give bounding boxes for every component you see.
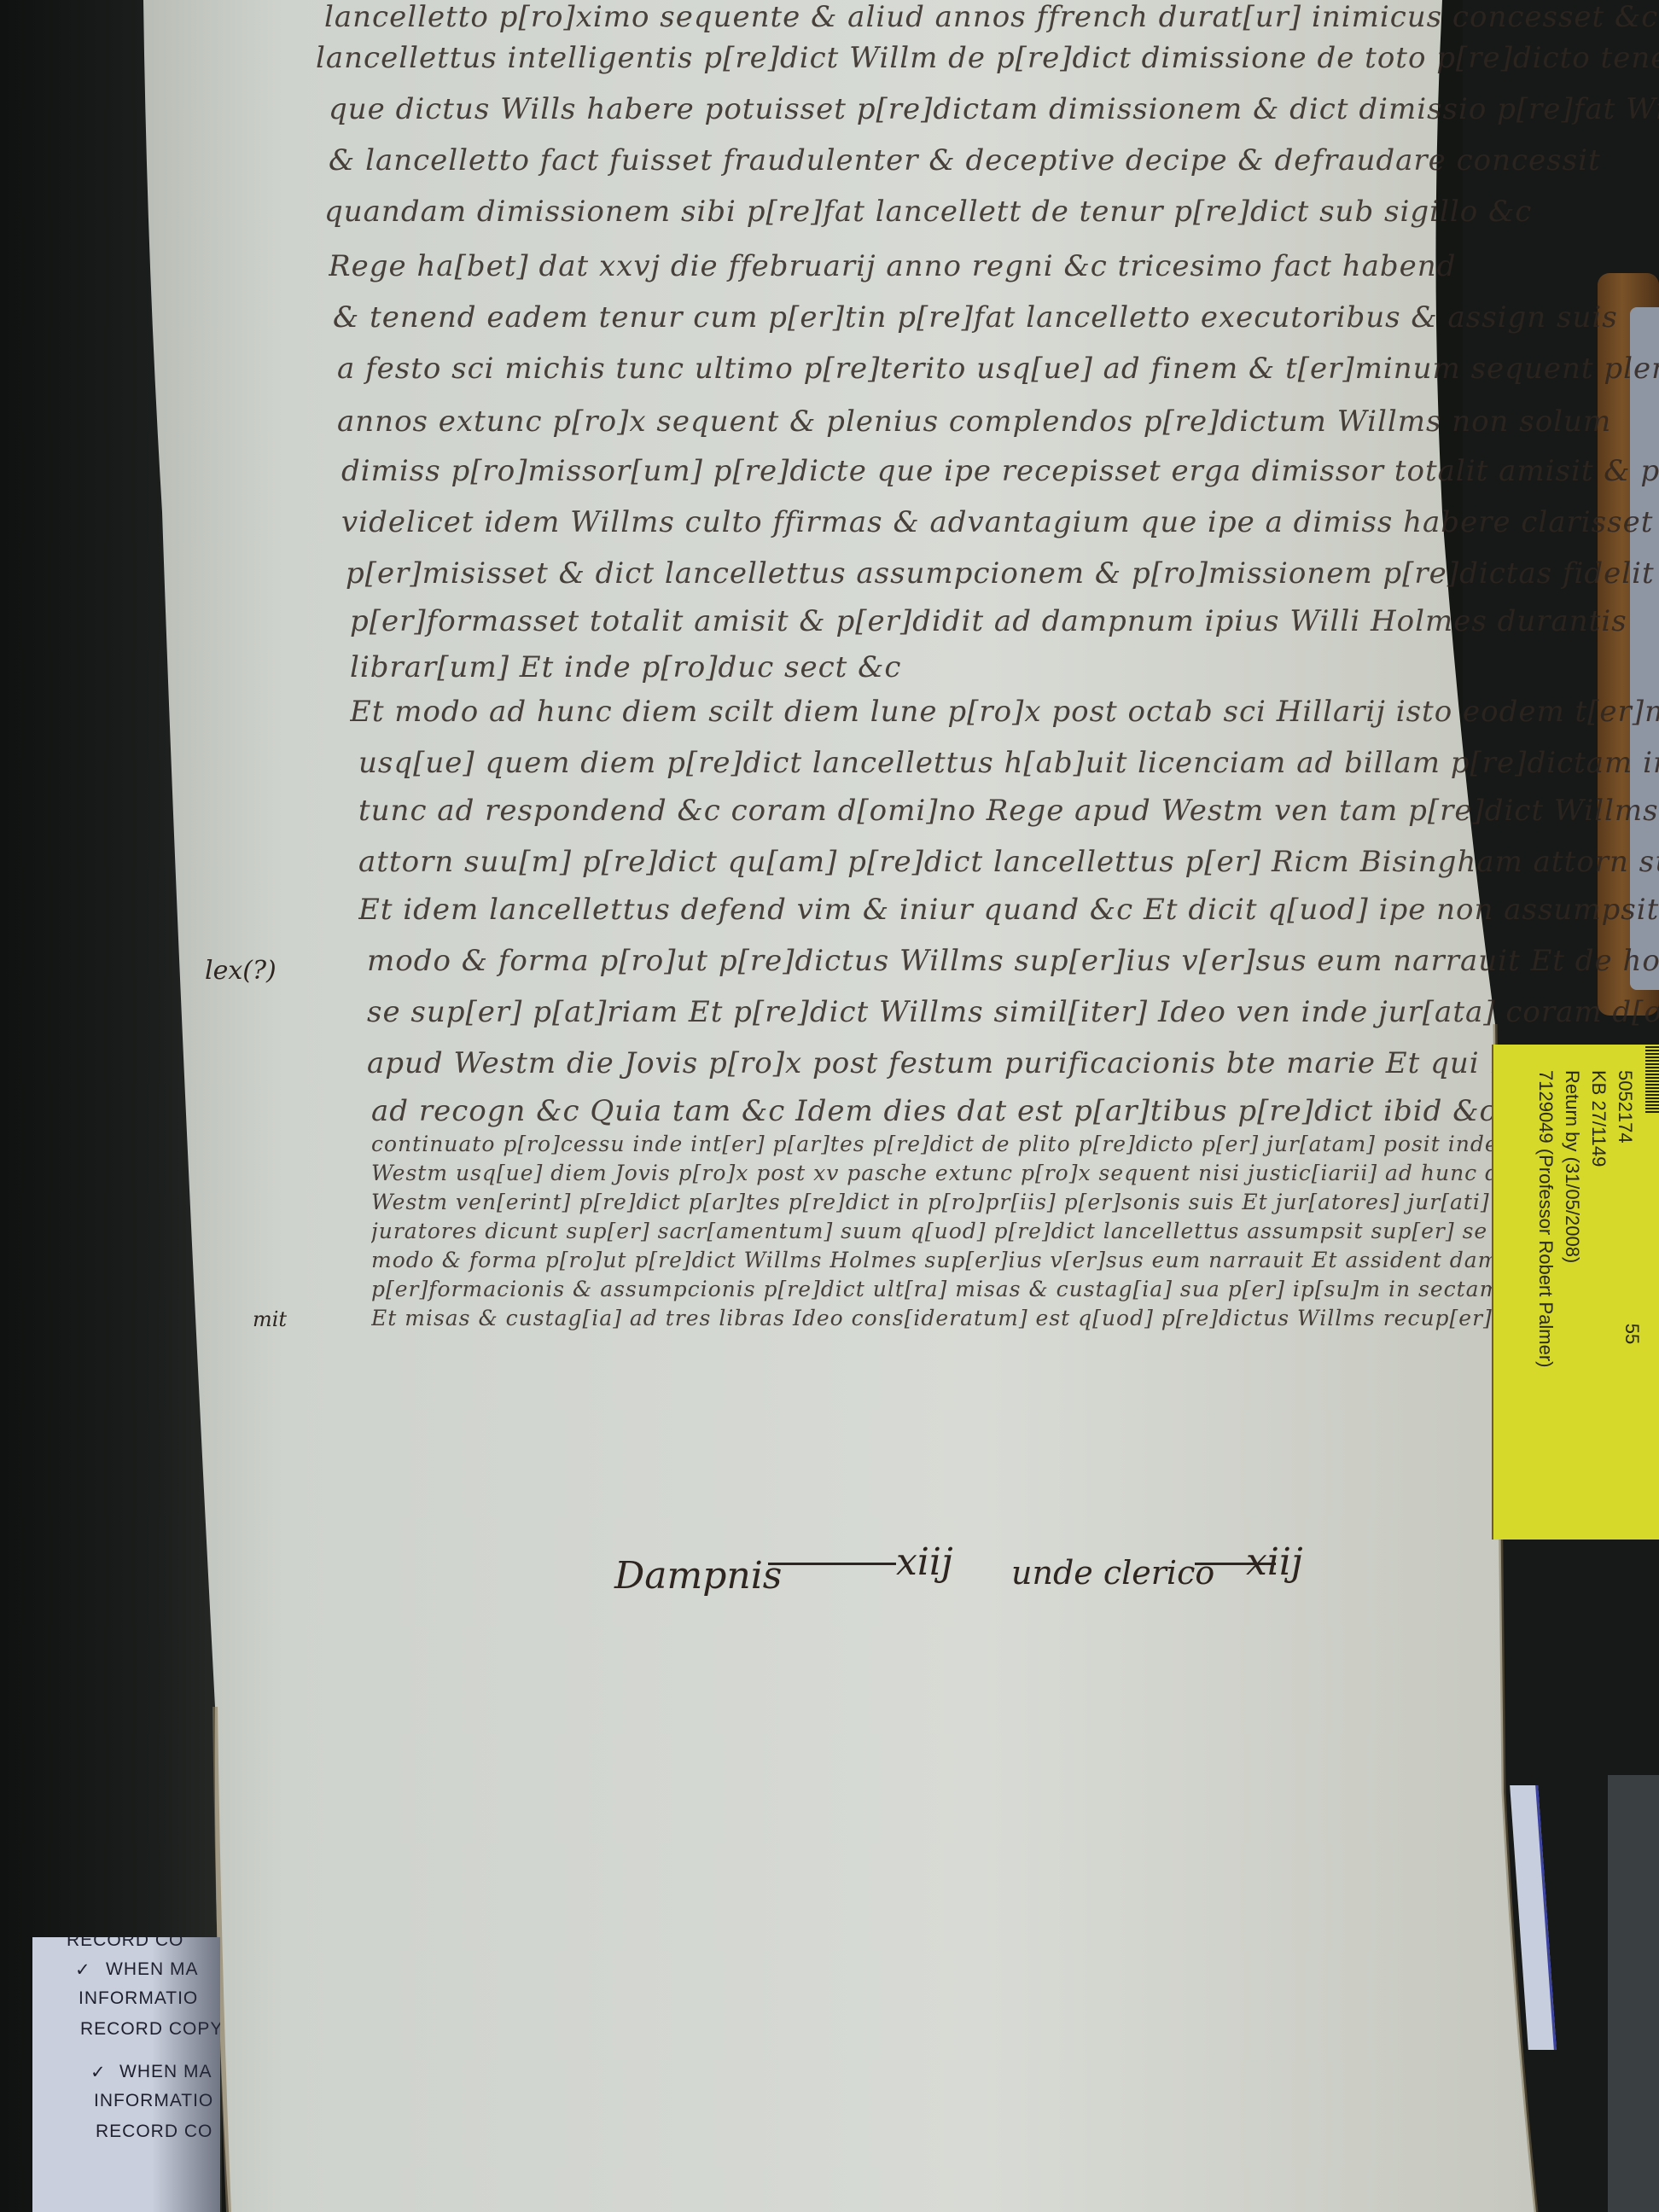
- slip-line-reference: KB 27/1149: [1586, 1070, 1612, 1514]
- barcode: [1645, 1045, 1659, 1113]
- text-line: Et misas & custag[ia] ad tres libras Ide…: [371, 1306, 1659, 1335]
- text-line: p[er]formacionis & assumpcionis p[re]dic…: [371, 1277, 1659, 1306]
- text-line: Rege ha[bet] dat xxvj die ffebruarij ann…: [329, 249, 1456, 288]
- slip-line-reader: 7129049 (Professor Robert Palmer): [1533, 1070, 1559, 1514]
- summary-middle-word: unde clerico: [1011, 1554, 1214, 1592]
- text-line: Westm usq[ue] diem Jovis p[ro]x post xv …: [371, 1161, 1659, 1190]
- text-line: p[er]misisset & dict lancellettus assump…: [346, 556, 1655, 596]
- marginal-note: lex(?): [205, 956, 276, 986]
- text-line: annos extunc p[ro]x sequent & plenius co…: [337, 405, 1611, 444]
- text-line: apud Westm die Jovis p[ro]x post festum …: [367, 1046, 1598, 1086]
- text-line: p[er]formasset totalit amisit & p[er]did…: [350, 604, 1627, 643]
- text-line: continuato p[ro]cessu inde int[er] p[ar]…: [371, 1132, 1659, 1161]
- text-line: juratores dicunt sup[er] sacr[amentum] s…: [371, 1219, 1597, 1248]
- text-line: quandam dimissionem sibi p[re]fat lancel…: [324, 195, 1532, 234]
- text-line: & lancelletto fact fuisset fraudulenter …: [329, 143, 1601, 183]
- text-line: videlicet idem Willms culto ffirmas & ad…: [341, 505, 1653, 544]
- text-line: Et idem lancellettus defend vim & iniur …: [358, 893, 1659, 932]
- summary-left-value: xiij: [896, 1540, 953, 1584]
- text-line: se sup[er] p[at]riam Et p[re]dict Willms…: [367, 995, 1659, 1034]
- check-icon: ✓: [90, 2062, 107, 2083]
- text-line: Westm ven[erint] p[re]dict p[ar]tes p[re…: [371, 1190, 1659, 1219]
- text-line: usq[ue] quem diem p[re]dict lancellettus…: [358, 746, 1659, 785]
- summary-right-value: xiij: [1246, 1540, 1303, 1584]
- slip-number: 55: [1621, 1324, 1643, 1344]
- summary-dash: [768, 1563, 896, 1565]
- slip-line-id: 5052174: [1612, 1070, 1639, 1514]
- check-icon: ✓: [75, 1959, 91, 1981]
- text-line: attorn suu[m] p[re]dict qu[am] p[re]dict…: [358, 845, 1659, 884]
- text-line: que dictus Wills habere potuisset p[re]d…: [329, 92, 1659, 131]
- text-line: & tenend eadem tenur cum p[er]tin p[re]f…: [333, 300, 1618, 340]
- text-line: lancelletto p[ro]ximo sequente & aliud a…: [324, 0, 1659, 39]
- text-line: modo & forma p[ro]ut p[re]dict Willms Ho…: [371, 1248, 1659, 1277]
- card-shadow: [152, 1937, 220, 2212]
- summary-left-word: Dampnis: [614, 1554, 782, 1598]
- text-line: tunc ad respondend &c coram d[omi]no Reg…: [358, 794, 1659, 833]
- text-line: librar[um] Et inde p[ro]duc sect &c: [350, 650, 901, 690]
- archive-slip-text: 5052174 KB 27/1149 Return by (31/05/2008…: [1528, 1070, 1639, 1514]
- marginal-note: mit: [253, 1307, 287, 1331]
- slip-line-return-by: Return by (31/05/2008): [1559, 1070, 1586, 1514]
- text-line: dimiss p[ro]missor[um] p[re]dicte que ip…: [341, 454, 1659, 493]
- text-line: modo & forma p[ro]ut p[re]dictus Willms …: [367, 944, 1659, 983]
- damages-summary-line: Dampnis xiij unde clerico xiij: [614, 1540, 1314, 1617]
- record-copying-card: RECORD CO ✓ WHEN MA INFORMATIO RECORD CO…: [32, 1937, 220, 2212]
- manuscript-text: lancelletto p[ro]ximo sequente & aliud a…: [324, 0, 1451, 1348]
- text-line: lancellettus intelligentis p[re]dict Wil…: [316, 41, 1659, 80]
- archive-slip: 5052174 KB 27/1149 Return by (31/05/2008…: [1492, 1045, 1659, 1540]
- text-line: ad recogn &c Quia tam &c Idem dies dat e…: [371, 1094, 1497, 1133]
- text-line: Et modo ad hunc diem scilt diem lune p[r…: [350, 695, 1659, 734]
- text-line: a festo sci michis tunc ultimo p[re]teri…: [337, 352, 1659, 391]
